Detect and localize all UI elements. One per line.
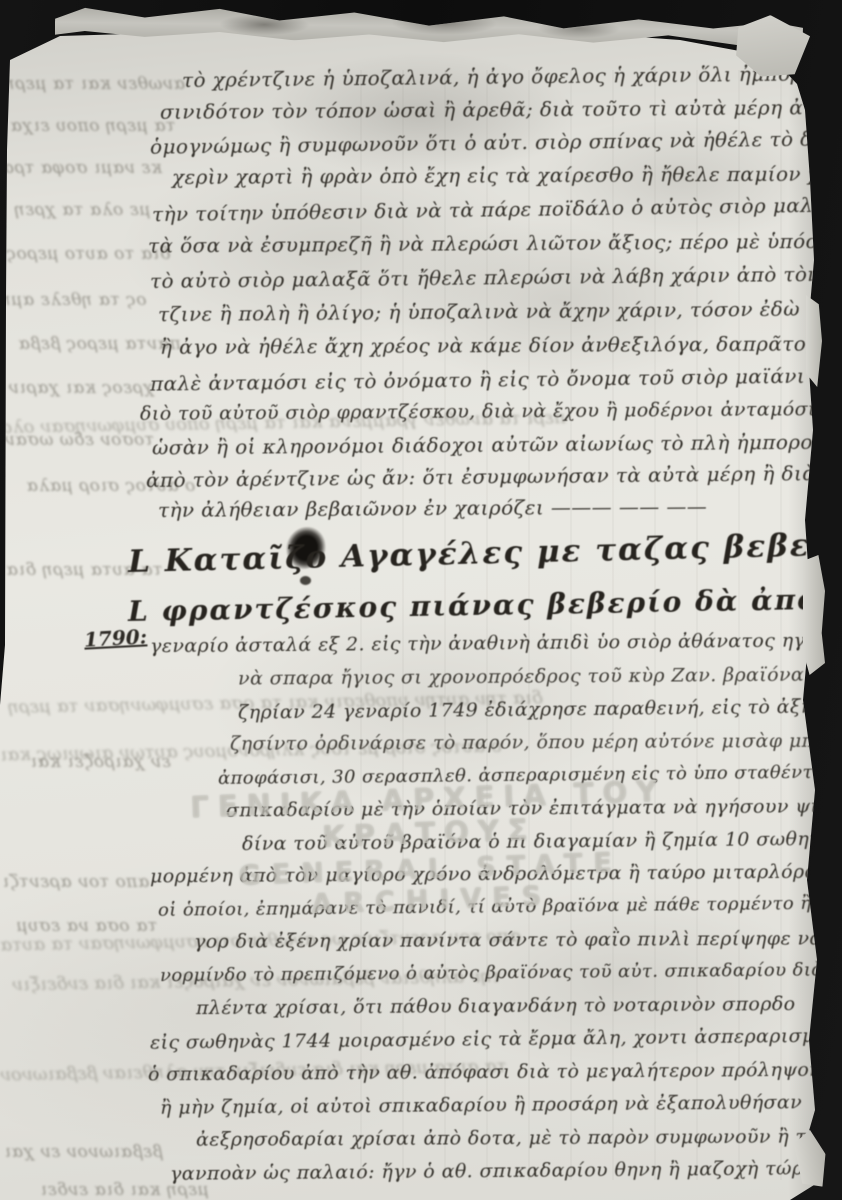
ink-blot-small [300, 576, 311, 585]
manuscript-line: γανποὰν ὡς παλαιό: ἤγν ὁ αθ. σπικαδαρίου… [170, 1157, 817, 1185]
manuscript-line: γορ διὰ ἐξένη χρίαν πανίντα σάντε τὸ φαῒ… [194, 927, 831, 952]
margin-date: 1790: [83, 624, 147, 651]
bleedthrough-line: χρεος και χαριν [8, 378, 154, 398]
bleedthrough-line: με ολα τα χρεη [14, 200, 150, 220]
manuscript-line: μορμένη ἀπὸ τὸν μαγίορο χρόνο ἀνδρολόμετ… [150, 861, 818, 888]
manuscript-line: σινιδότον τὸν τόπον ὡσαὶ ἢ ἀρεθᾶ; διὰ το… [160, 94, 842, 123]
manuscript-line: ἢ ἀγο νὰ ἠθέλε ἄχη χρέος νὰ κάμε δίον ἀν… [160, 331, 842, 359]
manuscript-line: τὴν ἀλήθειαν βεβαιῶνον ἐν χαιρόζει ——— —… [158, 494, 707, 522]
scanner-background: ανωθεν και τα μερη τα μερη οπου ειχα κε … [0, 0, 842, 1200]
bleedthrough-line: τα μερη οπου ειχα [10, 116, 176, 136]
bleedthrough-line: βεβαιωνον εν χαι [4, 1142, 162, 1162]
manuscript-line: πλέντα χρίσαι, ὅτι πάθου διαγανδάνη τὸ ν… [196, 993, 796, 1019]
manuscript-line: σπικαδαρίου μὲ τὴν ὁποίαν τὸν ἐπιτάγματα… [226, 795, 842, 822]
manuscript-line: χερὶν χαρτὶ ἢ φρὰν ὁπὸ ἔχη εἰς τὰ χαίρεσ… [172, 161, 842, 189]
bleedthrough-line: δια το αυτο μερος [6, 244, 170, 264]
manuscript-page: ανωθεν και τα μερη τα μερη οπου ειχα κε … [0, 0, 842, 1200]
manuscript-line: νὰ σπαρα ἤγιος σι χρονοπρόεδρος τοῦ κὺρ … [238, 662, 842, 689]
bleedthrough-line: παντα μερος βεβα [18, 334, 181, 354]
bleedthrough-line: απο τον αρεντζι [2, 872, 149, 892]
manuscript-line: ἀεξρησοδαρίαι χρίσαι ἀπὸ δοτα, μὲ τὸ παρ… [196, 1125, 842, 1150]
bleedthrough-line: ος τα ηθελε αμη [0, 290, 147, 310]
paper-shard-right [806, 295, 822, 387]
paper-shard-right [803, 555, 825, 675]
manuscript-line: τὰ ὅσα νὰ ἐσυμπρεζῆ ἢ νὰ πλερώσι λιῶτον … [148, 228, 842, 257]
manuscript-line: ὁ σπικαδαρίου ἀπὸ τὴν αθ. ἀπόφασι διὰ τὸ… [148, 1059, 821, 1086]
manuscript-line: ζησίντο ὀρδινάρισε τὸ παρόν, ὅπου μέρη α… [230, 729, 842, 755]
bleedthrough-line: κε ναμι σοφα τρα [2, 158, 162, 178]
bleedthrough-line: ανωθεν και τα μερη [4, 74, 185, 94]
